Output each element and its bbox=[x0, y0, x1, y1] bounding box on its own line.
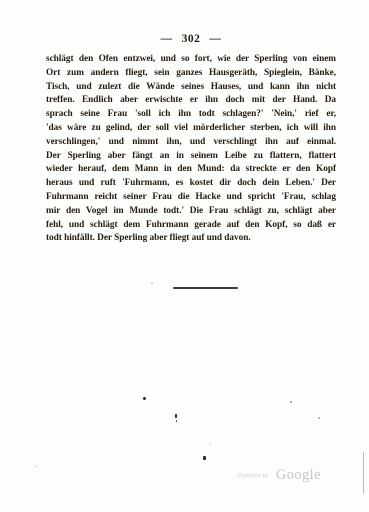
google-watermark: Digitized by Google bbox=[238, 466, 321, 484]
scan-speck bbox=[210, 443, 211, 444]
page-number: 302 bbox=[182, 33, 201, 45]
scan-speck bbox=[318, 417, 320, 419]
scan-speck bbox=[143, 397, 146, 400]
watermark-digitized-by-label: Digitized by bbox=[238, 473, 269, 479]
scan-speck bbox=[36, 466, 37, 467]
text-line: Tisch, und zulezt die Wände seines Hause… bbox=[46, 81, 336, 95]
paragraph-text: schlägt den Ofen entzwei, und so fort, w… bbox=[46, 53, 336, 246]
text-line: schlägt den Ofen entzwei, und so fort, w… bbox=[46, 53, 336, 67]
header-dash-left: — bbox=[161, 33, 173, 45]
text-line: mir den Vogel im Munde todt.' Die Frau s… bbox=[46, 205, 336, 219]
scan-speck bbox=[176, 420, 177, 422]
scan-speck bbox=[175, 414, 177, 418]
page-number-header: —302— bbox=[46, 33, 336, 45]
text-line: 'das wäre zu gelind, der soll viel mörde… bbox=[46, 122, 336, 136]
text-line: treffen. Endlich aber erwischte er ihn d… bbox=[46, 94, 336, 108]
text-line: sprach seine Frau 'soll ich ihn todt sch… bbox=[46, 108, 336, 122]
text-line: Ort zum andern fliegt, sein ganzes Hausg… bbox=[46, 67, 336, 81]
text-line: wieder herauf, dem Mann in den Mund: da … bbox=[46, 163, 336, 177]
text-line: fehl, und schlägt dem Fuhrmann gerade au… bbox=[46, 219, 336, 233]
scan-speck bbox=[151, 282, 153, 284]
text-line: heraus und ruft 'Fuhrmann, es kostet dir… bbox=[46, 177, 336, 191]
header-dash-right: — bbox=[209, 33, 221, 45]
scan-edge-line bbox=[363, 452, 364, 494]
scan-speck bbox=[203, 456, 206, 460]
text-line: Der Sperling aber fängt an in seinem Lei… bbox=[46, 150, 336, 164]
text-line: verschlingen,' und nimmt ihn, und versch… bbox=[46, 136, 336, 150]
watermark-google-logo: Google bbox=[276, 467, 321, 483]
text-line: todt hinfällt. Der Sperling aber fliegt … bbox=[46, 232, 336, 246]
text-line: Fuhrmann reicht seiner Frau die Hacke un… bbox=[46, 191, 336, 205]
section-divider-rule bbox=[173, 287, 238, 289]
scanned-book-page: —302— schlägt den Ofen entzwei, und so f… bbox=[0, 0, 369, 512]
scan-speck bbox=[290, 401, 292, 403]
